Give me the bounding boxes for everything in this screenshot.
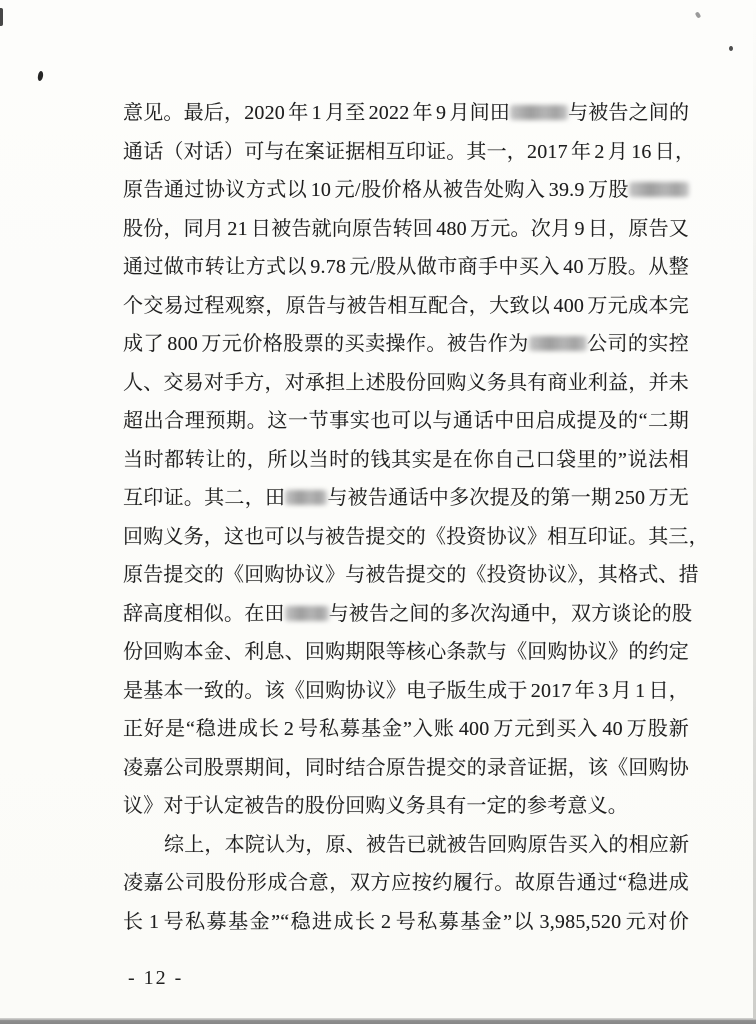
text-segment: 议》对于认定被告的股份回购义务具有一定的参考意义。 — [123, 795, 628, 817]
text-segment: 股份，同月 21 日被告就向原告转回 480 万元。次月 9 日，原告又 — [123, 218, 689, 240]
text-line: 超出合理预期。这一节事实也可以与通话中田启成提及的“二期 — [123, 402, 689, 441]
text-segment: 与被告之间的多次沟通中，双方谈论的股 — [329, 603, 693, 625]
text-segment: 互印证。其二，田 — [123, 487, 285, 509]
text-segment: 个交易过程观察，原告与被告相互配合，大致以 400 万元成本完 — [123, 295, 689, 317]
text-segment: 长 1 号私募基金”“稳进成长 2 号私募基金”以 3,985,520 元对价 — [123, 911, 689, 933]
text-line: 是基本一致的。该《回购协议》电子版生成于 2017 年 3 月 1 日， — [123, 672, 689, 711]
redacted-text — [629, 182, 689, 197]
text-segment: 辞高度相似。在田 — [123, 603, 285, 625]
redacted-text — [285, 606, 329, 621]
text-segment: 人、交易对手方，对承担上述股份回购义务具有商业利益，并未 — [123, 372, 689, 394]
text-segment: 超出合理预期。这一节事实也可以与通话中田启成提及的“二期 — [123, 410, 689, 432]
text-line: 辞高度相似。在田与被告之间的多次沟通中，双方谈论的股 — [123, 595, 689, 634]
text-line: 人、交易对手方，对承担上述股份回购义务具有商业利益，并未 — [123, 364, 689, 403]
text-line: 凌嘉公司股票期间，同时结合原告提交的录音证据，该《回购协 — [123, 749, 689, 788]
text-segment: 成了 800 万元价格股票的买卖操作。被告作为 — [123, 333, 529, 355]
text-line: 议》对于认定被告的股份回购义务具有一定的参考意义。 — [123, 787, 689, 826]
text-line: 意见。最后，2020 年 1 月至 2022 年 9 月间田与被告之间的 — [123, 94, 689, 133]
text-line: 长 1 号私募基金”“稳进成长 2 号私募基金”以 3,985,520 元对价 — [123, 903, 689, 942]
text-segment: 与被告通话中多次提及的第一期 250 万无 — [327, 487, 689, 509]
text-line: 个交易过程观察，原告与被告相互配合，大致以 400 万元成本完 — [123, 287, 689, 326]
text-line: 回购义务，这也可以与被告提交的《投资协议》相互印证。其三， — [123, 518, 689, 557]
text-line: 凌嘉公司股份形成合意，双方应按约履行。故原告通过“稳进成 — [123, 864, 689, 903]
text-segment: 当时都转让的，所以当时的钱其实是在你自己口袋里的”说法相 — [123, 449, 689, 471]
text-segment: 原告提交的《回购协议》与被告提交的《投资协议》，其格式、措 — [123, 564, 699, 586]
redacted-text — [510, 105, 568, 120]
text-segment: 份回购本金、利息、回购期限等核心条款与《回购协议》的约定 — [123, 641, 689, 663]
text-segment: 是基本一致的。该《回购协议》电子版生成于 2017 年 3 月 1 日， — [123, 680, 689, 702]
text-line: 通话（对话）可与在案证据相互印证。其一，2017 年 2 月 16 日， — [123, 133, 689, 172]
text-segment: 与被告之间的 — [568, 102, 689, 124]
text-line: 通过做市转让方式以 9.78 元/股从做市商手中买入 40 万股。从整 — [123, 248, 689, 287]
text-line: 原告通过协议方式以 10 元/股价格从被告处购入 39.9 万股 — [123, 171, 689, 210]
text-segment: 公司的实控 — [587, 333, 689, 355]
text-segment: 综上，本院认为，原、被告已就被告回购原告买入的相应新 — [164, 834, 689, 856]
text-line: 股份，同月 21 日被告就向原告转回 480 万元。次月 9 日，原告又 — [123, 210, 689, 249]
page-number: - 12 - — [128, 963, 183, 993]
scan-speck-top-right-dot — [729, 46, 733, 51]
redacted-text — [529, 336, 587, 351]
text-segment: 凌嘉公司股份形成合意，双方应按约履行。故原告通过“稳进成 — [123, 872, 689, 894]
text-line: 互印证。其二，田与被告通话中多次提及的第一期 250 万无 — [123, 479, 689, 518]
document-page: 意见。最后，2020 年 1 月至 2022 年 9 月间田与被告之间的通话（对… — [0, 0, 756, 1024]
scan-edge-bottom — [0, 1018, 756, 1024]
text-segment: 通过做市转让方式以 9.78 元/股从做市商手中买入 40 万股。从整 — [123, 256, 689, 278]
text-segment: 正好是“稳进成长 2 号私募基金”入账 400 万元到买入 40 万股新 — [123, 718, 689, 740]
scan-speck-top-right-tick — [695, 11, 702, 18]
text-segment: 凌嘉公司股票期间，同时结合原告提交的录音证据，该《回购协 — [123, 757, 689, 779]
text-line: 原告提交的《回购协议》与被告提交的《投资协议》，其格式、措 — [123, 556, 689, 595]
judgment-text-block: 意见。最后，2020 年 1 月至 2022 年 9 月间田与被告之间的通话（对… — [123, 94, 689, 941]
scan-speck-left-edge — [0, 8, 3, 26]
text-segment: 意见。最后，2020 年 1 月至 2022 年 9 月间田 — [123, 102, 510, 124]
text-line: 综上，本院认为，原、被告已就被告回购原告买入的相应新 — [123, 826, 689, 865]
text-segment: 原告通过协议方式以 10 元/股价格从被告处购入 39.9 万股 — [123, 179, 629, 201]
scan-speck-ink-tick — [37, 71, 44, 82]
text-line: 正好是“稳进成长 2 号私募基金”入账 400 万元到买入 40 万股新 — [123, 710, 689, 749]
text-segment: 通话（对话）可与在案证据相互印证。其一，2017 年 2 月 16 日， — [123, 141, 695, 163]
text-line: 成了 800 万元价格股票的买卖操作。被告作为公司的实控 — [123, 325, 689, 364]
text-line: 份回购本金、利息、回购期限等核心条款与《回购协议》的约定 — [123, 633, 689, 672]
text-segment: 回购义务，这也可以与被告提交的《投资协议》相互印证。其三， — [123, 526, 709, 548]
redacted-text — [285, 490, 327, 505]
text-line: 当时都转让的，所以当时的钱其实是在你自己口袋里的”说法相 — [123, 441, 689, 480]
